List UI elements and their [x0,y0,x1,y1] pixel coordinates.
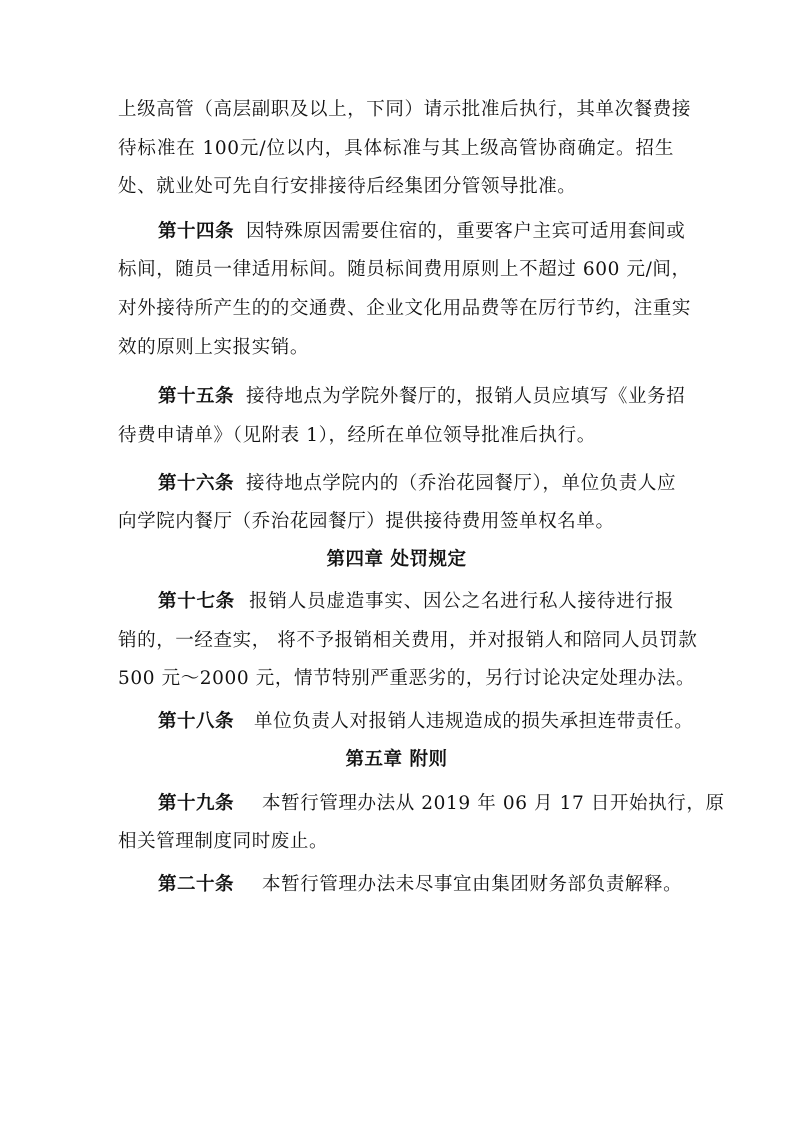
paragraph-line: 标间，随员一律适用标间。随员标间费用原则上不超过 600 元/间， [118,259,674,281]
article-14: 第十四条因特殊原因需要住宿的，重要客户主宾可适用套间或 [158,221,674,243]
article-label: 第十四条 [158,221,234,242]
article-text: 报销人员虚造事实、因公之名进行私人接待进行报 [249,591,674,612]
article-text: 接待地点为学院外餐厅的，报销人员应填写《业务招 [246,386,685,407]
article-19: 第十九条本暂行管理办法从 2019 年 06 月 17 日开始执行，原 [158,793,674,815]
paragraph-line: 上级高管（高层副职及以上，下同）请示批准后执行，其单次餐费接 [118,99,674,121]
chapter-5-heading: 第五章 附则 [0,749,793,771]
article-label: 第十六条 [158,473,234,494]
article-18: 第十八条单位负责人对报销人违规造成的损失承担连带责任。 [158,711,674,733]
paragraph-line: 相关管理制度同时废止。 [118,831,674,853]
paragraph-line: 销的，一经查实， 将不予报销相关费用，并对报销人和陪同人员罚款 [118,630,674,652]
article-text: 单位负责人对报销人违规造成的损失承担连带责任。 [254,711,693,732]
article-text: 因特殊原因需要住宿的，重要客户主宾可适用套间或 [246,221,685,242]
document-page: 上级高管（高层副职及以上，下同）请示批准后执行，其单次餐费接 待标准在 100元… [0,0,793,1122]
paragraph-line: 对外接待所产生的的交通费、企业文化用品费等在厉行节约，注重实 [118,298,674,320]
paragraph-line: 处、就业处可先自行安排接待后经集团分管领导批准。 [118,176,674,198]
article-17: 第十七条报销人员虚造事实、因公之名进行私人接待进行报 [158,591,674,613]
article-label: 第十八条 [158,711,234,732]
article-label: 第二十条 [158,874,234,895]
paragraph-line: 向学院内餐厅（乔治花园餐厅）提供接待费用签单权名单。 [118,511,674,533]
article-15: 第十五条接待地点为学院外餐厅的，报销人员应填写《业务招 [158,386,674,408]
paragraph-line: 待费申请单》（见附表 1），经所在单位领导批准后执行。 [118,425,674,447]
paragraph-line: 500 元～2000 元，情节特别严重恶劣的，另行讨论决定处理办法。 [118,668,674,690]
article-label: 第十九条 [158,793,234,814]
paragraph-line: 待标准在 100元/位以内，具体标准与其上级高管协商确定。招生 [118,138,674,160]
article-label: 第十七条 [158,591,235,612]
chapter-4-heading: 第四章 处罚规定 [0,549,793,571]
paragraph-line: 效的原则上实报实销。 [118,337,674,359]
article-text: 本暂行管理办法未尽事宜由集团财务部负责解释。 [262,874,682,895]
article-label: 第十五条 [158,386,234,407]
article-20: 第二十条本暂行管理办法未尽事宜由集团财务部负责解释。 [158,874,674,896]
article-text: 本暂行管理办法从 2019 年 06 月 17 日开始执行，原 [262,793,725,814]
article-text: 接待地点学院内的（乔治花园餐厅），单位负责人应 [246,473,676,494]
article-16: 第十六条接待地点学院内的（乔治花园餐厅），单位负责人应 [158,473,674,495]
